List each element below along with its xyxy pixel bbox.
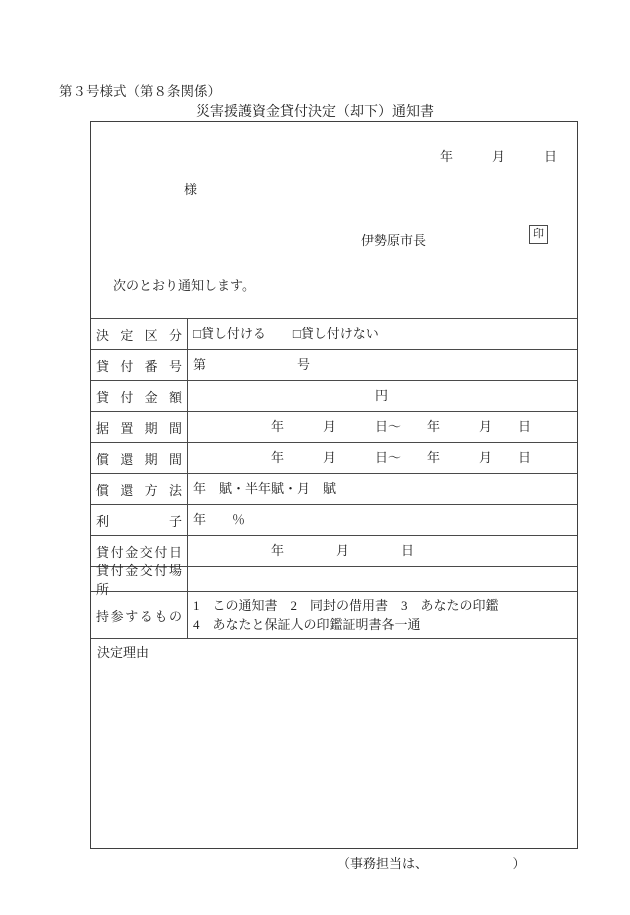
row-value: □貸し付ける □貸し付けない [188,319,577,349]
table-row-deferment-period: 据置期間 年 月 日～ 年 月 日 [91,411,577,442]
date-line: 年 月 日 [440,146,557,165]
row-value: 年 月 日 [188,536,577,566]
row-value: 1 この通知書 2 同封の借用書 3 あなたの印鑑 4 あなたと保証人の印鑑証明… [188,592,577,638]
page-title: 災害援護資金貸付決定（却下）通知書 [0,101,630,121]
table-row-decision-reason: 決定理由 [91,638,577,848]
form-box: 年 月 日 様 伊勢原市長 印 次のとおり通知します。 決定区分 □貸し付ける … [90,121,578,849]
table-row-interest: 利子 年 ％ [91,504,577,535]
row-value: 年 ％ [188,505,577,535]
addressee-suffix: 様 [184,179,197,198]
issuer-name: 伊勢原市長 [361,230,426,249]
table-row-grant-place: 貸付金交付場所 [91,566,577,591]
row-label: 利子 [91,505,188,535]
checkbox-not-lend: □貸し付けない [293,324,379,344]
row-value: 第 号 [188,350,577,380]
table-row-items-to-bring: 持参するもの 1 この通知書 2 同封の借用書 3 あなたの印鑑 4 あなたと保… [91,591,577,638]
row-label: 貸付金額 [91,381,188,411]
table-row-repayment-method: 償還方法 年 賦・半年賦・月 賦 [91,473,577,504]
row-value: 円 [188,381,577,411]
seal-icon: 印 [529,225,548,244]
table-row-decision: 決定区分 □貸し付ける □貸し付けない [91,318,577,349]
row-value: 年 月 日～ 年 月 日 [188,443,577,473]
checkbox-lend: □貸し付ける [193,324,266,344]
row-label: 決定区分 [91,319,188,349]
footer-note: （事務担当は、 ） [337,853,526,872]
document-page: 第３号様式（第８条関係） 災害援護資金貸付決定（却下）通知書 年 月 日 様 伊… [0,0,630,915]
row-label: 償還期間 [91,443,188,473]
row-label: 決定理由 [97,645,149,660]
row-value: 年 賦・半年賦・月 賦 [188,474,577,504]
notice-text: 次のとおり通知します。 [113,275,255,294]
table-row-loan-amount: 貸付金額 円 [91,380,577,411]
row-label: 貸付番号 [91,350,188,380]
table-row-loan-number: 貸付番号 第 号 [91,349,577,380]
row-label: 償還方法 [91,474,188,504]
form-table: 決定区分 □貸し付ける □貸し付けない 貸付番号 第 号 貸付金額 円 据置期間… [91,318,577,848]
table-row-repayment-period: 償還期間 年 月 日～ 年 月 日 [91,442,577,473]
row-value: 年 月 日～ 年 月 日 [188,412,577,442]
form-number: 第３号様式（第８条関係） [59,80,221,100]
row-label: 据置期間 [91,412,188,442]
row-value [188,567,577,591]
row-label: 貸付金交付場所 [91,567,188,591]
row-label: 持参するもの [91,592,188,638]
